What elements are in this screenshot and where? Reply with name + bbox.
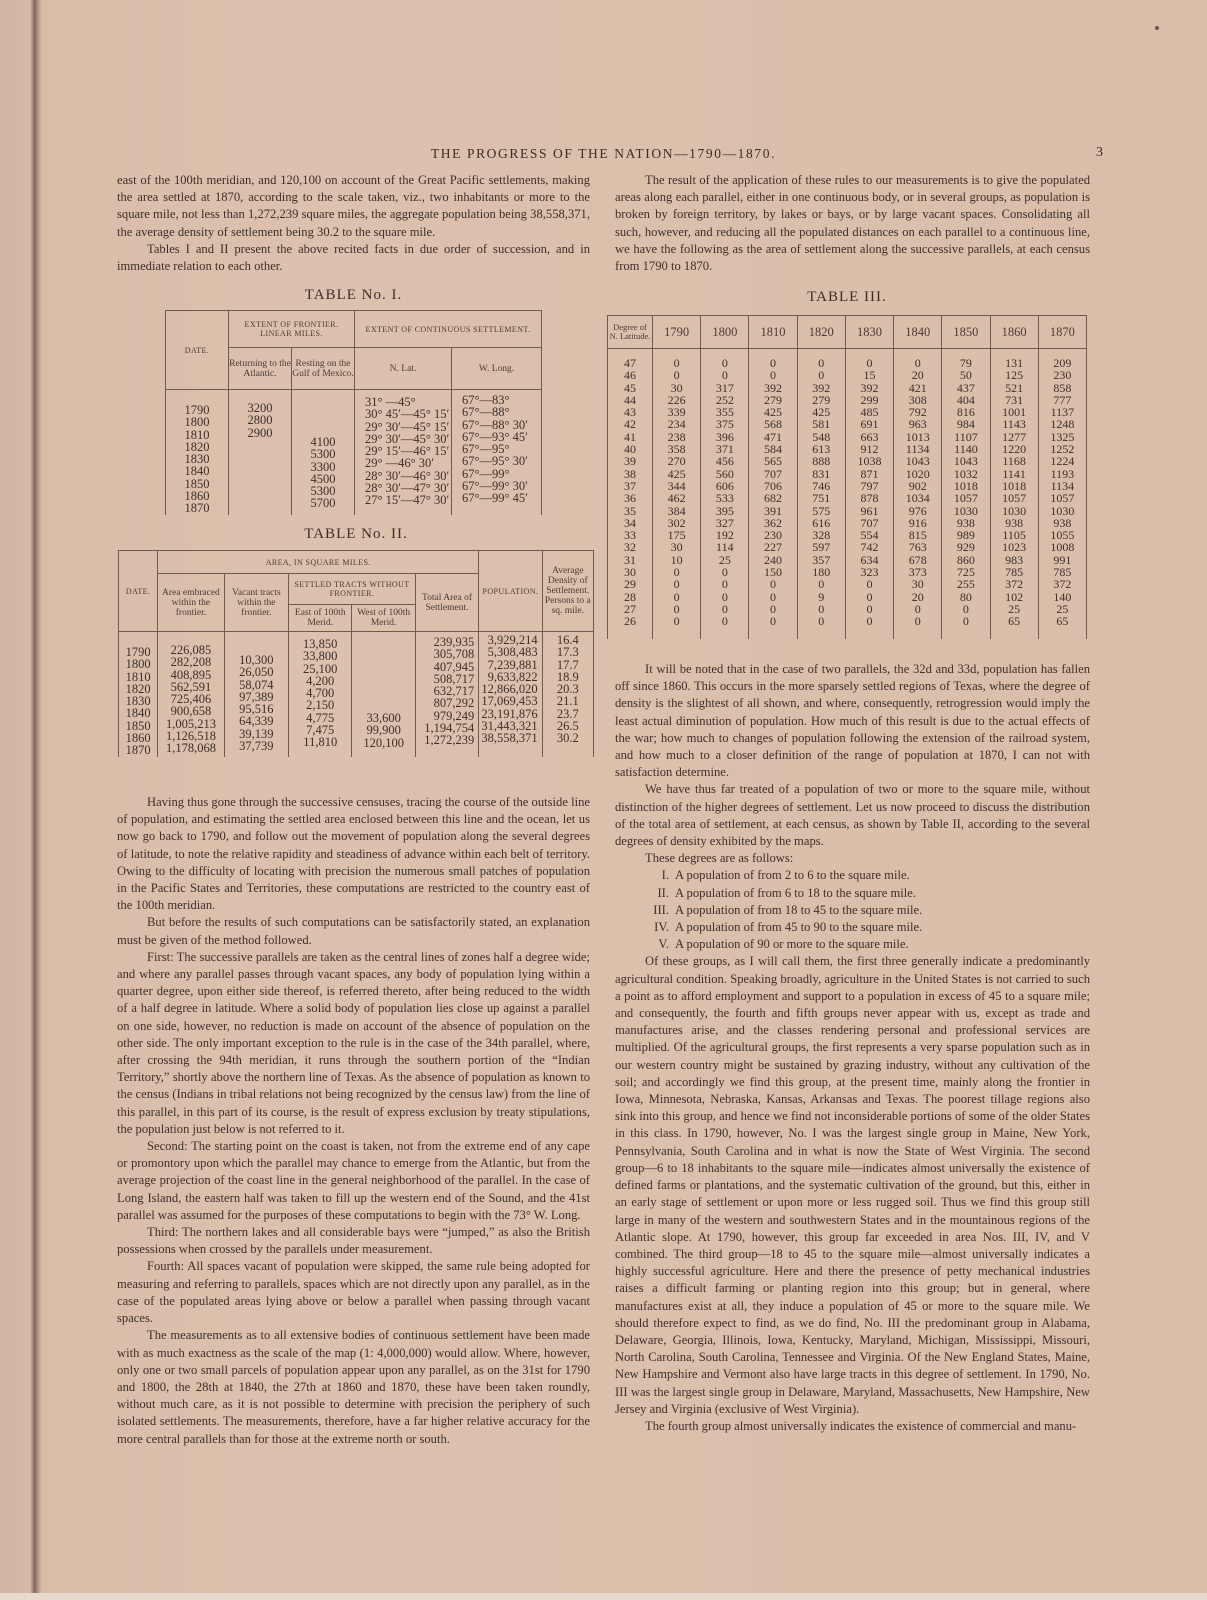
paragraph: The fourth group almost universally indi… (615, 1418, 1090, 1435)
list-item: V.A population of 90 or more to the squa… (615, 936, 1090, 953)
col-header-population: POPULATION. (479, 551, 542, 632)
table1-resting: 4100 5300 3300 4500 5300 5700 (292, 390, 354, 510)
paragraph: It will be noted that in the case of two… (615, 661, 1090, 781)
col-header-year: 1790 (653, 316, 701, 349)
table3-col-1850: 79 50 437 404 816 984 1107 1140 1043 103… (942, 349, 989, 628)
paragraph: Tables I and II present the above recite… (117, 241, 590, 275)
paragraph: east of the 100th meridian, and 120,100 … (117, 172, 590, 241)
table2-density: 16.4 17.3 17.7 18.9 20.3 21.1 23.7 26.5 … (543, 632, 593, 745)
list-item: III.A population of from 18 to 45 to the… (615, 902, 1090, 919)
paragraph: Fourth: All spaces vacant of population … (117, 1258, 590, 1327)
table1: DATE. EXTENT OF FRONTIER. LINEAR MILES. … (165, 310, 542, 515)
table2-embraced: 226,085 282,208 408,895 562,591 725,406 … (158, 632, 223, 755)
col-header-year: 1870 (1038, 316, 1086, 349)
col-header-n-lat: N. Lat. (355, 348, 452, 390)
table3-col-1860: 131 125 521 731 1001 1143 1277 1220 1168… (991, 349, 1038, 628)
col-header-year: 1800 (701, 316, 749, 349)
col-header-year: 1810 (749, 316, 797, 349)
paragraph: The result of the application of these r… (615, 172, 1090, 275)
left-intro: east of the 100th meridian, and 120,100 … (117, 172, 590, 275)
table1-returning: 3200 2800 2900 (229, 390, 291, 439)
table3-col-1790: 0 0 30 226 339 234 238 358 270 425 344 4… (653, 349, 700, 628)
table1-title: TABLE No. I. (165, 287, 542, 304)
col-header-total: Total Area of Settlement. (415, 574, 478, 632)
paragraph: Third: The northern lakes and all consid… (117, 1224, 590, 1258)
table3-col-1820: 0 0 392 279 425 581 548 613 888 831 746 … (798, 349, 845, 628)
table2-east: 13,850 33,800 25,100 4,200 4,700 2,150 4… (289, 632, 351, 749)
list-item: I.A population of from 2 to 6 to the squ… (615, 867, 1090, 884)
list-item: IV.A population of from 45 to 90 to the … (615, 919, 1090, 936)
col-header-year: 1860 (990, 316, 1038, 349)
table3: Degree of N. Latitude. 1790 1800 1810 18… (607, 315, 1087, 639)
table1-dates: 1790 1800 1810 1820 1830 1840 1850 1860 … (166, 390, 228, 515)
table2-population: 3,929,214 5,308,483 7,239,881 9,633,822 … (479, 632, 541, 745)
paragraph: First: The successive parallels are take… (117, 949, 590, 1138)
col-header-year: 1850 (942, 316, 990, 349)
col-header-year: 1830 (845, 316, 893, 349)
list-item: II.A population of from 6 to 18 to the s… (615, 885, 1090, 902)
col-header-embraced: Area embraced within the frontier. (158, 574, 224, 632)
col-group-frontier: EXTENT OF FRONTIER. LINEAR MILES. (229, 311, 355, 348)
table3-latitudes: 47 46 45 44 43 42 41 40 39 38 37 36 35 3… (608, 349, 652, 628)
col-header-east: East of 100th Merid. (289, 605, 352, 632)
right-body: It will be noted that in the case of two… (615, 661, 1090, 1435)
right-intro: The result of the application of these r… (615, 172, 1090, 275)
table3-col-1870: 209 230 858 777 1137 1248 1325 1252 1224… (1039, 349, 1086, 628)
table3-title: TABLE III. (607, 289, 1087, 306)
table1-n-lat: 31° —45° 30° 45′—45° 15′ 29° 30′—45° 15′… (355, 390, 451, 507)
col-header-year: 1820 (797, 316, 845, 349)
page-edge (0, 1593, 1207, 1600)
paper-speck (1155, 26, 1159, 30)
col-header-latitude: Degree of N. Latitude. (608, 316, 653, 349)
col-header-returning: Returning to the Atlantic. (229, 348, 292, 390)
paragraph: These degrees are as follows: (615, 850, 1090, 867)
table1-w-long: 67°—83° 67°—88° 67°—88° 30′ 67°—93° 45′ … (452, 390, 541, 505)
running-head: THE PROGRESS OF THE NATION—1790—1870. (0, 146, 1207, 162)
table3-col-1840: 0 20 421 308 792 963 1013 1134 1043 1020… (894, 349, 941, 628)
col-header-w-long: W. Long. (452, 348, 542, 390)
table3-col-1800: 0 0 317 252 355 375 396 371 456 560 606 … (701, 349, 748, 628)
page-number: 3 (1096, 145, 1103, 161)
col-group-settlement: EXTENT OF CONTINUOUS SETTLEMENT. (355, 311, 542, 348)
table2-total: 239,935 305,708 407,945 508,717 632,717 … (416, 632, 478, 747)
table3-col-1830: 0 15 392 299 485 691 663 912 1038 871 79… (846, 349, 893, 628)
table2: DATE. AREA, IN SQUARE MILES. POPULATION.… (118, 550, 594, 757)
density-degrees-list: I.A population of from 2 to 6 to the squ… (615, 867, 1090, 953)
col-header-date: DATE. (119, 551, 158, 632)
col-group-area: AREA, IN SQUARE MILES. (158, 551, 479, 574)
col-header-resting: Resting on the Gulf of Mexico. (292, 348, 355, 390)
table2-title: TABLE No. II. (118, 526, 594, 543)
paragraph: But before the results of such computati… (117, 914, 590, 948)
table2-dates: 1790 1800 1810 1820 1830 1840 1850 1860 … (119, 632, 157, 757)
col-header-density: Average Density of Settlement. Persons t… (542, 551, 593, 632)
col-group-settled: SETTLED TRACTS WITHOUT FRONTIER. (289, 574, 416, 605)
col-header-west: West of 100th Merid. (352, 605, 415, 632)
paragraph: The measurements as to all extensive bod… (117, 1327, 590, 1447)
table3-col-1810: 0 0 392 279 425 568 471 584 565 707 706 … (749, 349, 796, 628)
paragraph: Second: The starting point on the coast … (117, 1138, 590, 1224)
table2-west: 33,600 99,900 120,100 (352, 632, 414, 749)
paragraph: Having thus gone through the successive … (117, 794, 590, 914)
paragraph: We have thus far treated of a population… (615, 781, 1090, 850)
col-header-vacant: Vacant tracts within the frontier. (224, 574, 288, 632)
col-header-year: 1840 (894, 316, 942, 349)
left-body: Having thus gone through the successive … (117, 794, 590, 1448)
table2-vacant: 10,300 26,050 58,074 97,389 95,516 64,33… (225, 632, 288, 752)
paragraph: Of these groups, as I will call them, th… (615, 953, 1090, 1417)
col-header-date: DATE. (166, 311, 229, 390)
